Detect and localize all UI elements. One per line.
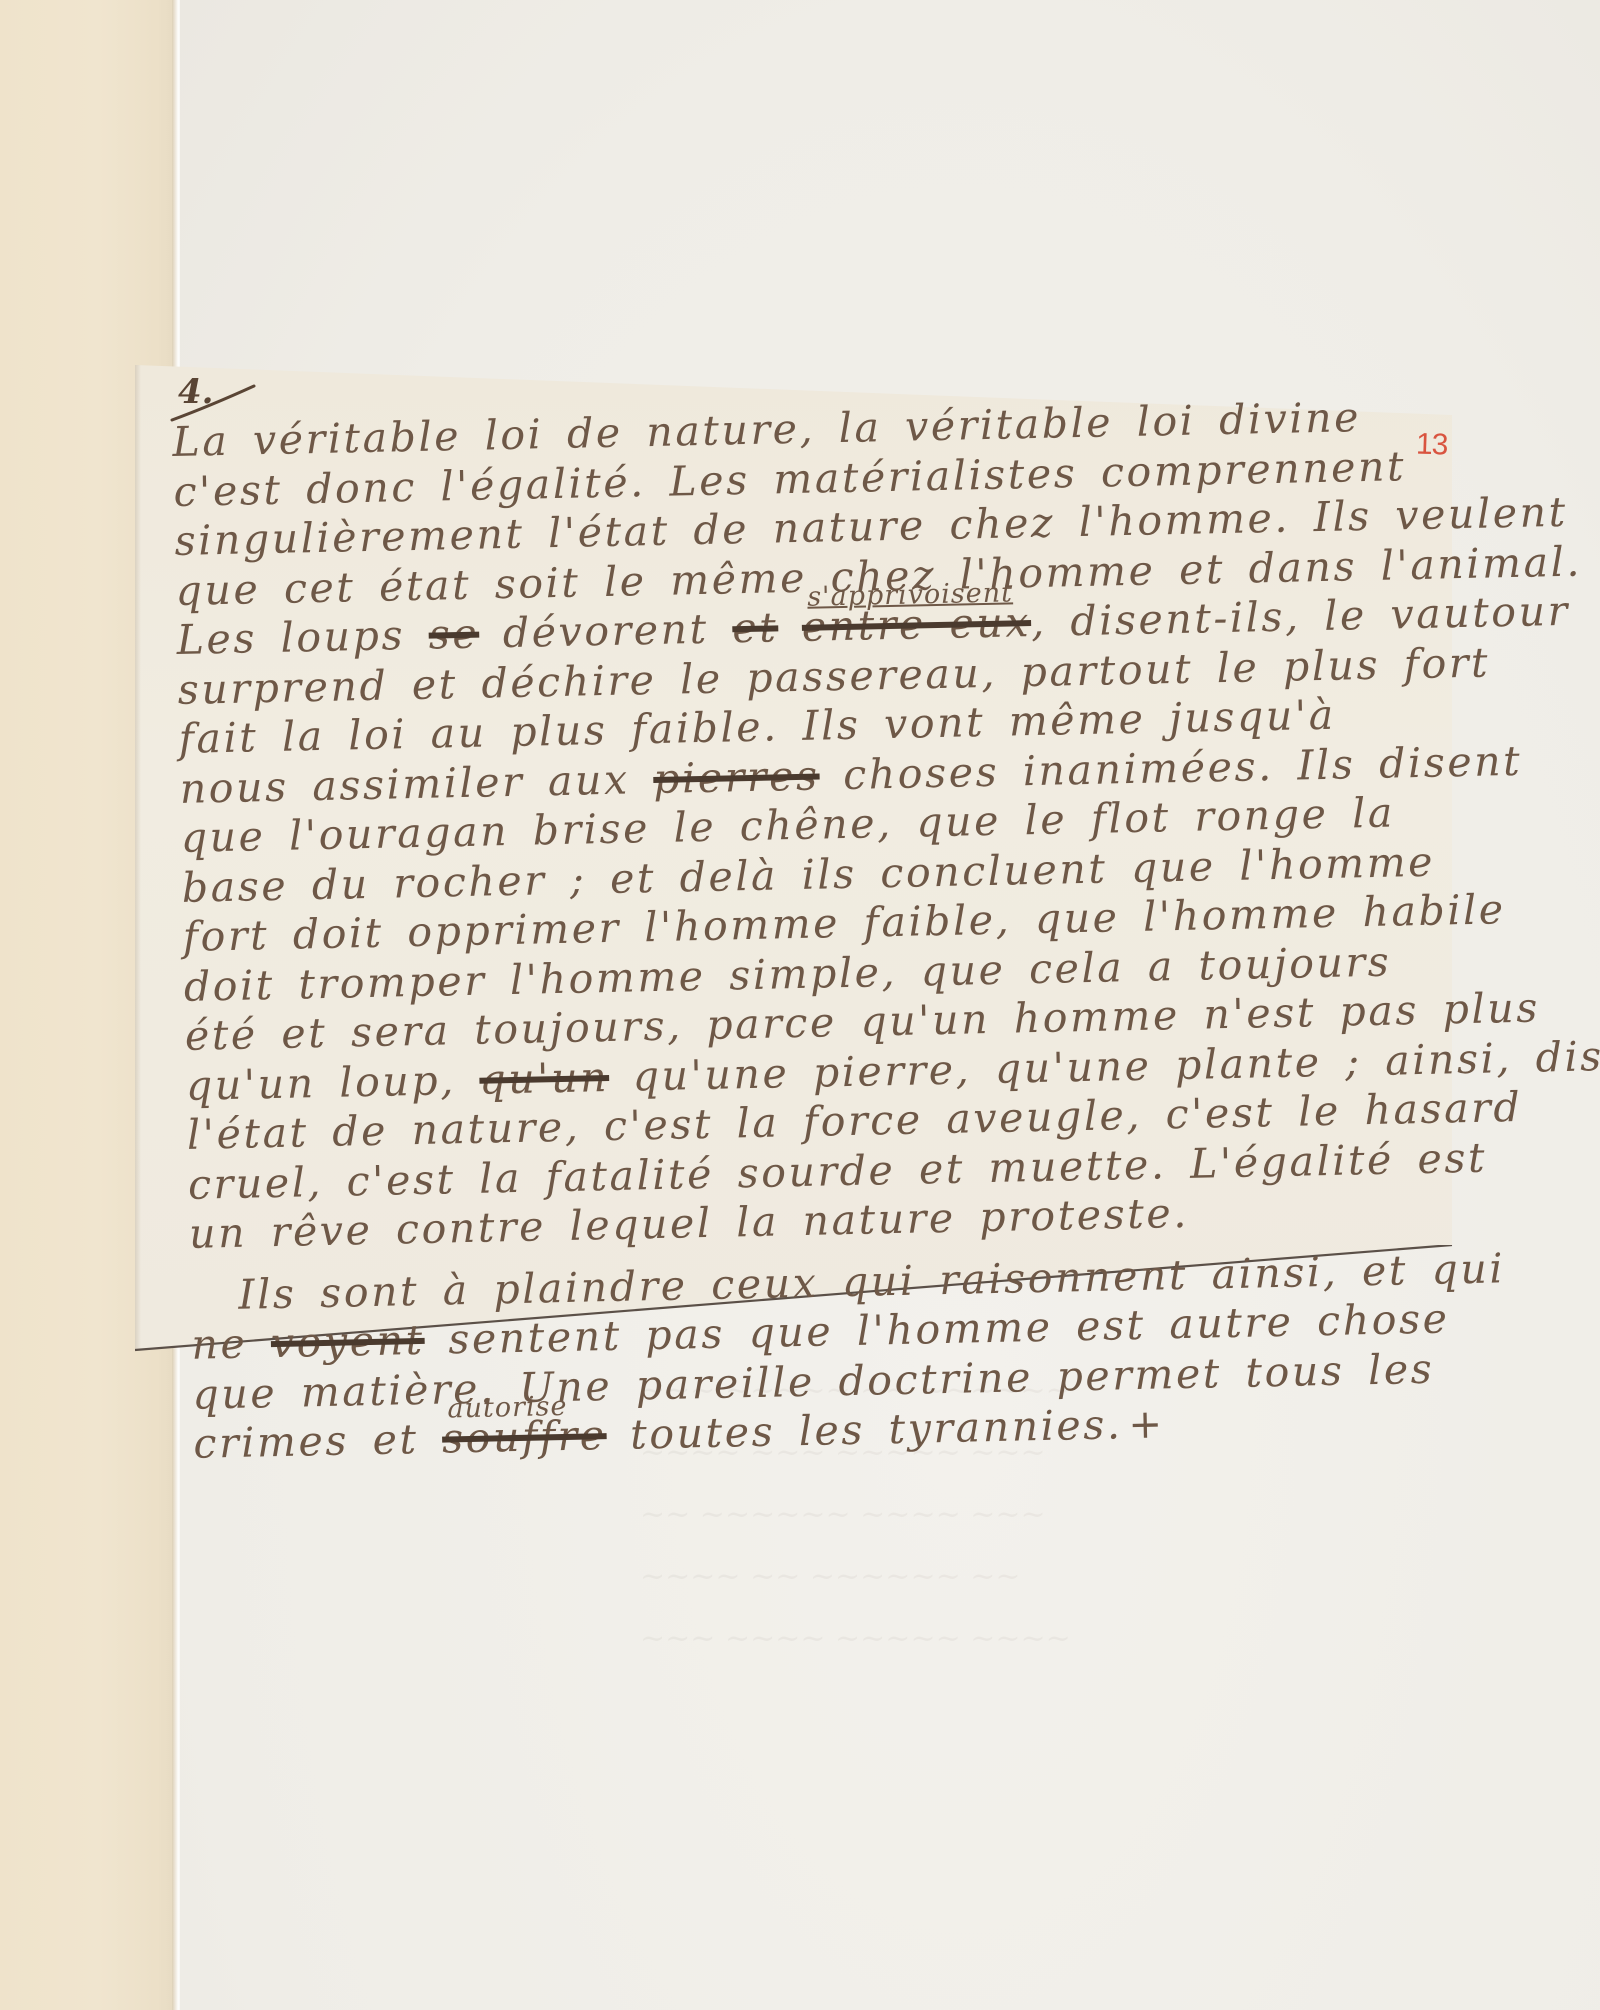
line-text: nous assimiler aux bbox=[179, 755, 654, 813]
line-text: qu'un loup, bbox=[185, 1055, 479, 1109]
interlinear-insertion: s'apprivoisententre eux bbox=[801, 598, 1031, 652]
line-text bbox=[778, 603, 803, 651]
struck-word: pierres bbox=[653, 751, 820, 802]
plus-mark-icon: + bbox=[1128, 1400, 1165, 1450]
line-text: dévorent bbox=[479, 604, 733, 657]
line-text: toutes les tyrannies. bbox=[606, 1400, 1123, 1459]
manuscript-text: La véritable loi de nature, la véritable… bbox=[172, 391, 1464, 1469]
inserted-word: s'apprivoisent bbox=[807, 568, 1014, 622]
line-text: ne bbox=[191, 1319, 272, 1369]
interlinear-insertion: autorisesouffre bbox=[442, 1411, 608, 1464]
line-text: Les loups bbox=[176, 611, 429, 664]
struck-word: qu'un bbox=[479, 1052, 610, 1103]
inserted-word: autorise bbox=[447, 1382, 568, 1434]
struck-word: se bbox=[428, 610, 480, 659]
slip-edge-shadow bbox=[135, 365, 141, 1350]
line-text: crimes et bbox=[193, 1415, 443, 1468]
struck-word: voyent bbox=[270, 1316, 425, 1367]
struck-word: et bbox=[732, 603, 779, 652]
